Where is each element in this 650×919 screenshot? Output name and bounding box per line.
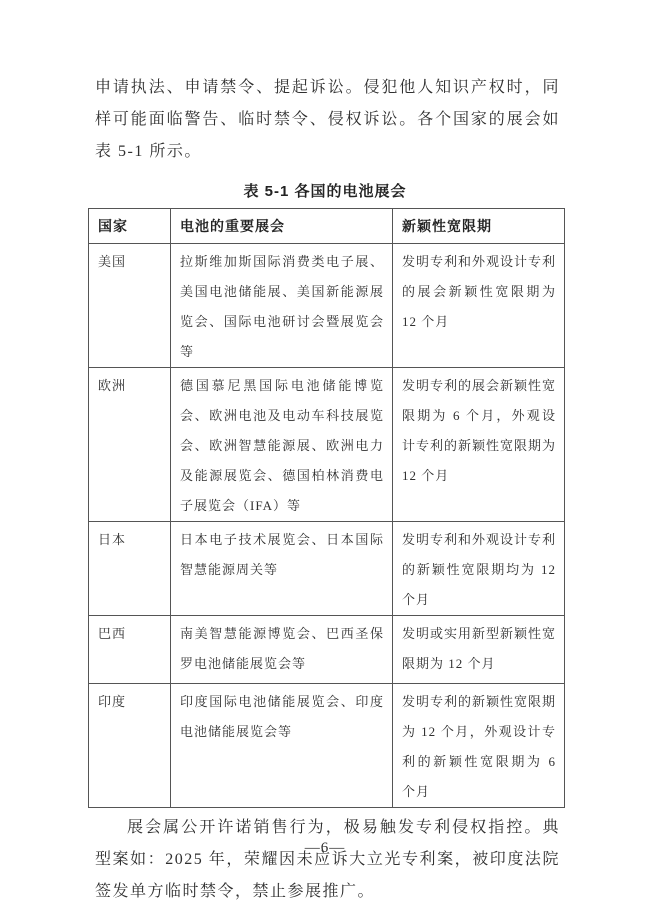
header-exhibitions: 电池的重要展会 xyxy=(171,209,393,244)
table-header-row: 国家 电池的重要展会 新颖性宽限期 xyxy=(89,209,565,244)
intro-paragraph: 申请执法、申请禁令、提起诉讼。侵犯他人知识产权时，同样可能面临警告、临时禁令、侵… xyxy=(95,72,560,168)
cell-country: 日本 xyxy=(89,522,171,616)
cell-exhibitions: 拉斯维加斯国际消费类电子展、美国电池储能展、美国新能源展览会、国际电池研讨会暨展… xyxy=(171,244,393,368)
table-row: 日本 日本电子技术展览会、日本国际智慧能源周关等 发明专利和外观设计专利的新颖性… xyxy=(89,522,565,616)
cell-grace-period: 发明专利和外观设计专利的新颖性宽限期均为 12 个月 xyxy=(393,522,565,616)
cell-exhibitions: 日本电子技术展览会、日本国际智慧能源周关等 xyxy=(171,522,393,616)
document-page: 申请执法、申请禁令、提起诉讼。侵犯他人知识产权时，同样可能面临警告、临时禁令、侵… xyxy=(0,0,650,919)
cell-exhibitions: 德国慕尼黑国际电池储能博览会、欧洲电池及电动车科技展览会、欧洲智慧能源展、欧洲电… xyxy=(171,368,393,522)
cell-grace-period: 发明专利的展会新颖性宽限期为 6 个月，外观设计专利的新颖性宽限期为 12 个月 xyxy=(393,368,565,522)
cell-grace-period: 发明专利的新颖性宽限期为 12 个月，外观设计专利的新颖性宽限期为 6 个月 xyxy=(393,684,565,808)
table-row: 欧洲 德国慕尼黑国际电池储能博览会、欧洲电池及电动车科技展览会、欧洲智慧能源展、… xyxy=(89,368,565,522)
page-number: —6— xyxy=(0,840,650,857)
battery-exhibition-table: 国家 电池的重要展会 新颖性宽限期 美国 拉斯维加斯国际消费类电子展、美国电池储… xyxy=(88,208,565,808)
cell-country: 印度 xyxy=(89,684,171,808)
cell-grace-period: 发明或实用新型新颖性宽限期为 12 个月 xyxy=(393,616,565,684)
cell-exhibitions: 印度国际电池储能展览会、印度电池储能展览会等 xyxy=(171,684,393,808)
cell-country: 巴西 xyxy=(89,616,171,684)
cell-grace-period: 发明专利和外观设计专利的展会新颖性宽限期为 12 个月 xyxy=(393,244,565,368)
table-row: 巴西 南美智慧能源博览会、巴西圣保罗电池储能展览会等 发明或实用新型新颖性宽限期… xyxy=(89,616,565,684)
table-row: 印度 印度国际电池储能展览会、印度电池储能展览会等 发明专利的新颖性宽限期为 1… xyxy=(89,684,565,808)
table-title: 表 5-1 各国的电池展会 xyxy=(0,180,650,201)
closing-paragraph: 展会属公开许诺销售行为，极易触发专利侵权指控。典型案如：2025 年，荣耀因未应… xyxy=(95,812,560,908)
header-grace-period: 新颖性宽限期 xyxy=(393,209,565,244)
cell-country: 欧洲 xyxy=(89,368,171,522)
cell-country: 美国 xyxy=(89,244,171,368)
cell-exhibitions: 南美智慧能源博览会、巴西圣保罗电池储能展览会等 xyxy=(171,616,393,684)
header-country: 国家 xyxy=(89,209,171,244)
table-row: 美国 拉斯维加斯国际消费类电子展、美国电池储能展、美国新能源展览会、国际电池研讨… xyxy=(89,244,565,368)
